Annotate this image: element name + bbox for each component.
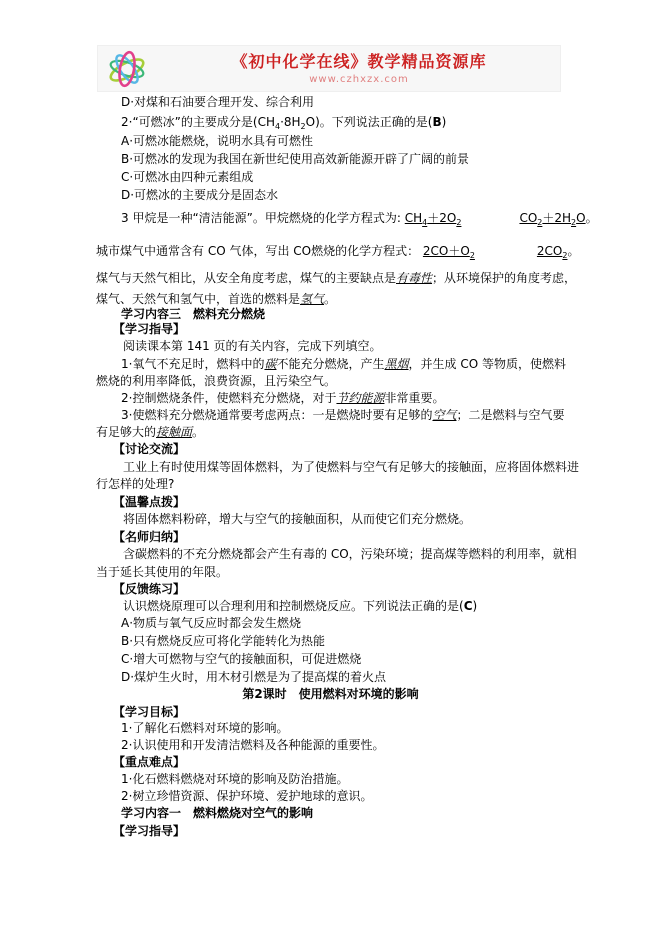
doc-text-line: 当于延长其使用的年限。: [96, 565, 228, 580]
doc-heading-line: 【学习指导】: [113, 824, 185, 839]
text-segment: 【名师归纳】: [113, 530, 185, 544]
text-segment: 【反馈练习】: [113, 582, 185, 596]
doc-heading-line: 【学习目标】: [113, 705, 185, 720]
doc-heading-line: 学习内容一 燃料燃烧对空气的影响: [121, 806, 313, 821]
text-segment: 非常重要。: [384, 391, 444, 405]
doc-text-line: 2·树立珍惜资源、保护环境、爱护地球的意识。: [121, 789, 372, 804]
text-segment: C·增大可燃物与空气的接触面积，可促进燃烧: [121, 652, 361, 666]
text-segment: D·煤炉生火时，用木材引燃是为了提高煤的着火点: [121, 670, 386, 684]
text-segment: B·可燃冰的发现为我国在新世纪使用高效新能源开辟了广阔的前景: [121, 152, 469, 166]
text-segment: ；从环境保护的角度考虑，: [432, 271, 576, 285]
doc-text-line: 阅读课本第 141 页的有关内容，完成下列填空。: [123, 339, 382, 354]
doc-heading-line: 【讨论交流】: [113, 442, 185, 457]
text-segment: 【学习目标】: [113, 705, 185, 719]
text-segment: D·对煤和石油要合理开发、综合利用: [121, 95, 314, 109]
doc-heading-line: 【名师归纳】: [113, 530, 185, 545]
fill-in-answer: 空气: [432, 408, 456, 422]
fill-in-answer: 接触面: [156, 425, 192, 439]
text-segment: ): [473, 599, 478, 613]
text-segment: 2·控制燃烧条件，使燃料充分燃烧，对于: [121, 391, 336, 405]
text-segment: 当于延长其使用的年限。: [96, 565, 228, 579]
doc-text-line: 1·化石燃料燃烧对环境的影响及防治措施。: [121, 772, 348, 787]
header-text-block: 《初中化学在线》教学精品资源库 www.czhxzx.com: [158, 49, 560, 85]
answer-letter: B: [432, 115, 441, 129]
site-url: www.czhxzx.com: [158, 74, 560, 85]
document-page: 《初中化学在线》教学精品资源库 www.czhxzx.com D·对煤和石油要合…: [0, 0, 661, 935]
text-segment: 含碳燃料的不充分燃烧都会产生有毒的 CO，污染环境；提高煤等燃料的利用率，就相: [123, 547, 577, 561]
text-segment: 【重点难点】: [113, 755, 185, 769]
text-segment: 2·“可燃冰”的主要成分是(CH: [121, 115, 275, 129]
chemical-formula: CH: [405, 211, 422, 225]
doc-text-line: B·只有燃烧反应可将化学能转化为热能: [121, 634, 325, 649]
doc-text-line: B·可燃冰的发现为我国在新世纪使用高效新能源开辟了广阔的前景: [121, 152, 469, 167]
text-segment: 有足够大的: [96, 425, 156, 439]
text-segment: 3 甲烷是一种“清洁能源”。甲烷燃烧的化学方程式为:: [121, 211, 405, 225]
text-segment: ·8H: [280, 115, 300, 129]
doc-text-line: A·可燃冰能燃烧，说明水具有可燃性: [121, 134, 313, 149]
text-segment: 2·树立珍惜资源、保护环境、爱护地球的意识。: [121, 789, 372, 803]
doc-heading-line: 【反馈练习】: [113, 582, 185, 597]
doc-text-line: 工业上有时使用煤等固体燃料，为了使燃料与空气有足够大的接触面，应将固体燃料进: [123, 460, 579, 475]
fill-in-answer: 黑烟: [384, 357, 408, 371]
text-segment: C·可燃冰由四种元素组成: [121, 170, 253, 184]
doc-text-line: 2·“可燃冰”的主要成分是(CH4·8H2O)。下列说法正确的是(B): [121, 115, 446, 134]
text-segment: 认识燃烧原理可以合理利用和控制燃烧反应。下列说法正确的是(: [123, 599, 464, 613]
text-segment: 。: [567, 244, 579, 258]
text-segment: 。: [324, 292, 336, 306]
doc-heading-line: 【温馨点拨】: [113, 495, 185, 510]
doc-text-line: 3 甲烷是一种“清洁能源”。甲烷燃烧的化学方程式为: CH4＋2O2CO2＋2H…: [121, 211, 598, 230]
text-segment: 【温馨点拨】: [113, 495, 185, 509]
text-segment: 煤气与天然气相比，从安全角度考虑，煤气的主要缺点是: [96, 271, 396, 285]
doc-text-line: 煤气、天然气和氢气中，首选的燃料是氢气。: [96, 292, 336, 307]
text-segment: 燃烧的利用率降低，浪费资源，且污染空气。: [96, 374, 336, 388]
text-segment: 。: [586, 211, 598, 225]
text-segment: D·可燃冰的主要成分是固态水: [121, 188, 278, 202]
chemical-formula: ＋2H: [542, 211, 571, 225]
doc-text-line: 煤气与天然气相比，从安全角度考虑，煤气的主要缺点是有毒性；从环境保护的角度考虑，: [96, 271, 576, 286]
atom-logo-icon: [104, 48, 150, 90]
text-segment: 学习内容三 燃料充分燃烧: [121, 307, 265, 321]
text-segment: 1·化石燃料燃烧对环境的影响及防治措施。: [121, 772, 348, 786]
text-segment: A·物质与氧气反应时都会发生燃烧: [121, 616, 301, 630]
blank-answer-space: [475, 254, 537, 255]
text-segment: 行怎样的处理?: [96, 477, 174, 491]
doc-text-line: 有足够大的接触面。: [96, 425, 204, 440]
chemical-formula: O: [576, 211, 585, 225]
doc-text-line: D·可燃冰的主要成分是固态水: [121, 188, 278, 203]
text-segment: 1·了解化石燃料对环境的影响。: [121, 721, 288, 735]
text-segment: 第2课时 使用燃料对环境的影响: [242, 687, 418, 701]
doc-heading-line: 【重点难点】: [113, 755, 185, 770]
doc-heading-line: 第2课时 使用燃料对环境的影响: [0, 687, 661, 702]
text-segment: 不能充分燃烧，产生: [276, 357, 384, 371]
chemical-formula: 2CO＋O: [423, 244, 470, 258]
text-segment: 3·使燃料充分燃烧通常要考虑两点：一是燃烧时要有足够的: [121, 408, 432, 422]
doc-heading-line: 【学习指导】: [113, 322, 185, 337]
site-title: 《初中化学在线》教学精品资源库: [158, 49, 560, 72]
text-segment: 将固体燃料粉碎，增大与空气的接触面积，从而使它们充分燃烧。: [123, 512, 471, 526]
doc-text-line: D·煤炉生火时，用木材引燃是为了提高煤的着火点: [121, 670, 386, 685]
fill-in-answer: 氢气: [300, 292, 324, 306]
text-segment: 。: [192, 425, 204, 439]
text-segment: 1·氧气不充足时，燃料中的: [121, 357, 264, 371]
doc-text-line: D·对煤和石油要合理开发、综合利用: [121, 95, 314, 110]
doc-text-line: 含碳燃料的不充分燃烧都会产生有毒的 CO，污染环境；提高煤等燃料的利用率，就相: [123, 547, 577, 562]
text-segment: 【学习指导】: [113, 824, 185, 838]
text-segment: A·可燃冰能燃烧，说明水具有可燃性: [121, 134, 313, 148]
doc-heading-line: 学习内容三 燃料充分燃烧: [121, 307, 265, 322]
text-segment: 工业上有时使用煤等固体燃料，为了使燃料与空气有足够大的接触面，应将固体燃料进: [123, 460, 579, 474]
doc-text-line: C·增大可燃物与空气的接触面积，可促进燃烧: [121, 652, 361, 667]
text-segment: ，并生成 CO 等物质，使燃料: [409, 357, 566, 371]
text-segment: B·只有燃烧反应可将化学能转化为热能: [121, 634, 325, 648]
text-segment: 【讨论交流】: [113, 442, 185, 456]
doc-text-line: 城市煤气中通常含有 CO 气体，写出 CO燃烧的化学方程式： 2CO＋O22CO…: [96, 244, 580, 263]
doc-text-line: A·物质与氧气反应时都会发生燃烧: [121, 616, 301, 631]
doc-text-line: 将固体燃料粉碎，增大与空气的接触面积，从而使它们充分燃烧。: [123, 512, 471, 527]
doc-text-line: 2·认识使用和开发清洁燃料及各种能源的重要性。: [121, 738, 384, 753]
site-header-banner: 《初中化学在线》教学精品资源库 www.czhxzx.com: [97, 45, 561, 92]
text-segment: 【学习指导】: [113, 322, 185, 336]
text-segment: ；二是燃料与空气要: [456, 408, 564, 422]
chemical-formula: 2: [470, 251, 475, 260]
doc-text-line: 认识燃烧原理可以合理利用和控制燃烧反应。下列说法正确的是(C): [123, 599, 477, 614]
chemical-formula: 2: [456, 218, 461, 227]
answer-letter: C: [464, 599, 473, 613]
chemical-formula: ＋2O: [427, 211, 456, 225]
doc-text-line: 行怎样的处理?: [96, 477, 174, 492]
doc-text-line: 1·了解化石燃料对环境的影响。: [121, 721, 288, 736]
text-segment: 阅读课本第 141 页的有关内容，完成下列填空。: [123, 339, 382, 353]
text-segment: O)。下列说法正确的是(: [306, 115, 433, 129]
text-segment: 学习内容一 燃料燃烧对空气的影响: [121, 806, 313, 820]
doc-text-line: 1·氧气不充足时，燃料中的碳不能充分燃烧，产生黑烟，并生成 CO 等物质，使燃料: [121, 357, 566, 372]
fill-in-answer: 节约能源: [336, 391, 384, 405]
text-segment: 2·认识使用和开发清洁燃料及各种能源的重要性。: [121, 738, 384, 752]
blank-answer-space: [461, 221, 519, 222]
doc-text-line: 燃烧的利用率降低，浪费资源，且污染空气。: [96, 374, 336, 389]
doc-text-line: 2·控制燃烧条件，使燃料充分燃烧，对于节约能源非常重要。: [121, 391, 444, 406]
fill-in-answer: 碳: [264, 357, 276, 371]
doc-text-line: C·可燃冰由四种元素组成: [121, 170, 253, 185]
chemical-formula: CO: [519, 211, 537, 225]
fill-in-answer: 有毒性: [396, 271, 432, 285]
text-segment: 城市煤气中通常含有 CO 气体，写出 CO燃烧的化学方程式：: [96, 244, 423, 258]
doc-text-line: 3·使燃料充分燃烧通常要考虑两点：一是燃烧时要有足够的空气；二是燃料与空气要: [121, 408, 564, 423]
text-segment: ): [442, 115, 447, 129]
text-segment: 煤气、天然气和氢气中，首选的燃料是: [96, 292, 300, 306]
chemical-formula: 2CO: [537, 244, 562, 258]
